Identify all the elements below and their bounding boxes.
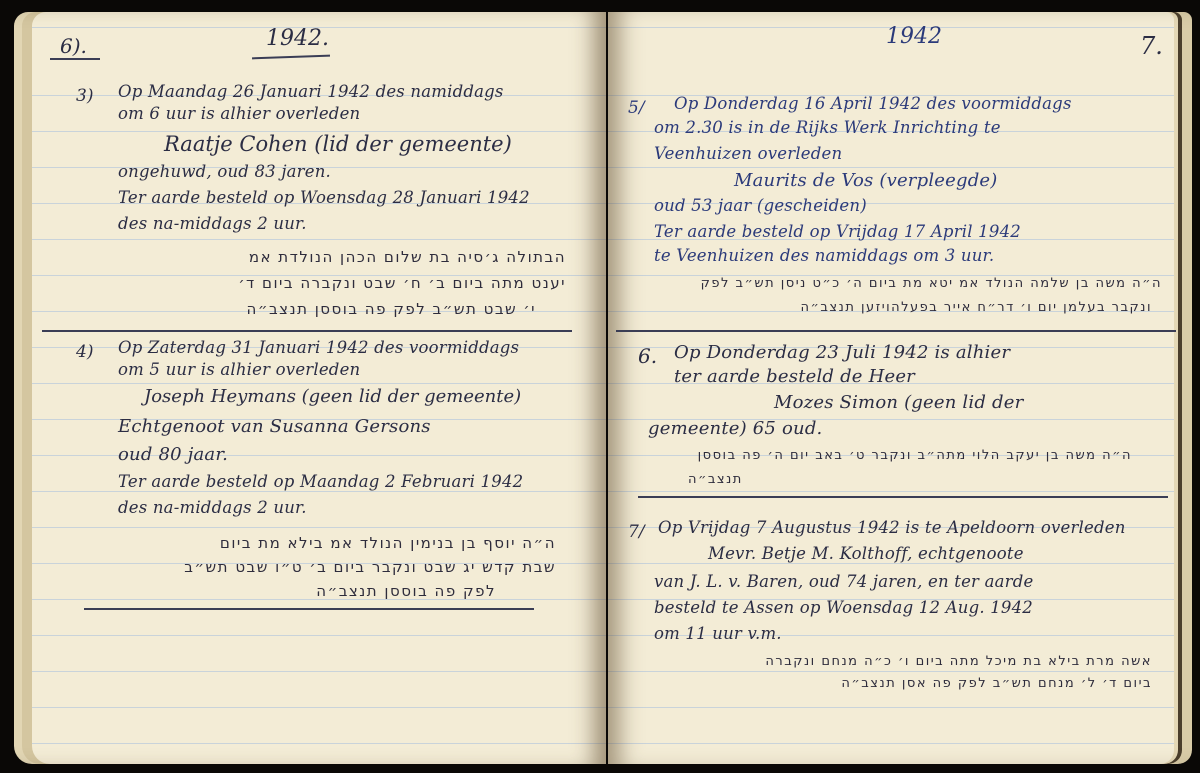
page-number-underline (50, 58, 100, 60)
open-notebook: 6). 1942. 3) Op Maandag 26 Januari 1942 … (14, 12, 1192, 764)
entry-line: om 6 uur is alhier overleden (118, 104, 360, 123)
entry-detail: des na-middags 2 uur. (118, 498, 307, 517)
hebrew-line: ה״ה יוסף בן בנימין הנולד אמ בילא מת ביום (220, 534, 556, 552)
entry-number: 3) (76, 86, 93, 106)
entry-detail: van J. L. v. Baren, oud 74 jaren, en ter… (654, 572, 1033, 591)
entry-number: 6. (638, 344, 657, 368)
entry-line: ter aarde besteld de Heer (674, 366, 915, 387)
deceased-name: Joseph Heymans (geen lid der gemeente) (144, 386, 521, 407)
entry-detail: te Veenhuizen des namiddags om 3 uur. (654, 246, 994, 265)
entry-detail: oud 80 jaar. (118, 444, 228, 465)
entry-line: Op Donderdag 23 Juli 1942 is alhier (674, 342, 1010, 363)
entry-number: 5/ (628, 98, 645, 118)
page-number: 7. (1140, 32, 1163, 60)
deceased-name: Maurits de Vos (verpleegde) (734, 170, 998, 191)
hebrew-line: תנצב״ה (688, 472, 743, 487)
entry-detail: oud 53 jaar (gescheiden) (654, 196, 867, 215)
entry-detail: Ter aarde besteld op Woensdag 28 Januari… (118, 188, 530, 207)
left-page: 6). 1942. 3) Op Maandag 26 Januari 1942 … (14, 12, 606, 764)
hebrew-line: י׳ שבט תש״ב לפק פה בוססן תנצב״ה (247, 300, 536, 318)
entry-detail: des na-middags 2 uur. (118, 214, 307, 233)
entry-detail: om 11 uur v.m. (654, 624, 782, 643)
entry-detail: ongehuwd, oud 83 jaren. (118, 162, 331, 181)
entry-divider (616, 330, 1176, 332)
header-year: 1942. (266, 26, 329, 51)
entry-line: om 5 uur is alhier overleden (118, 360, 360, 379)
deceased-name: Mevr. Betje M. Kolthoff, echtgenoote (708, 544, 1024, 563)
entry-line: Op Maandag 26 Januari 1942 des namiddags (118, 82, 504, 101)
entry-detail: besteld te Assen op Woensdag 12 Aug. 194… (654, 598, 1033, 617)
hebrew-line: אשה מרת בילא בת מיכל מתה ביום ו׳ כ״ה מנח… (765, 654, 1152, 669)
hebrew-line: ביום ד׳ ל׳ מנחם תש״ב לפק פה אסן תנצב״ה (841, 676, 1152, 691)
entry-line: Op Donderdag 16 April 1942 des voormidda… (674, 94, 1072, 113)
entry-line: Op Zaterdag 31 Januari 1942 des voormidd… (118, 338, 519, 357)
entry-line: Op Vrijdag 7 Augustus 1942 is te Apeldoo… (658, 518, 1126, 537)
hebrew-line: ה״ה משה בן שלמה הנולד אמ יטא מת ביום ה׳ … (701, 276, 1162, 291)
entry-detail: Ter aarde besteld op Vrijdag 17 April 19… (654, 222, 1021, 241)
hebrew-line: יענט מתה ביום ב׳ ח׳ שבט ונקברה ביום ד׳ (238, 274, 566, 292)
hebrew-line: שבת קדש יג שבט ונקבר ביום ב׳ ט״ו שבט תש״… (184, 558, 556, 576)
header-year: 1942 (886, 24, 942, 49)
entry-number: 4) (76, 342, 93, 362)
entry-detail: gemeente) 65 oud. (648, 418, 822, 439)
entry-divider (638, 496, 1168, 498)
deceased-name: Mozes Simon (geen lid der (774, 392, 1023, 413)
hebrew-line: ה״ה משה בן יעקב הלוי מתה״ב ונקבר ט׳ באב … (698, 448, 1132, 463)
entry-line: om 2.30 is in de Rijks Werk Inrichting t… (654, 118, 1001, 137)
page-number: 6). (60, 34, 87, 58)
hebrew-line: לפק פה בוססן תנצב״ה (316, 582, 496, 600)
entry-number: 7/ (628, 522, 645, 542)
right-page: 1942 7. 5/ Op Donderdag 16 April 1942 de… (608, 12, 1192, 764)
entry-divider (42, 330, 572, 332)
entry-line: Veenhuizen overleden (654, 144, 842, 163)
deceased-name: Raatje Cohen (lid der gemeente) (164, 132, 512, 156)
hebrew-line: הבתולה ג׳סיה בת שלום הכהן הנולדת אמ (249, 248, 566, 266)
entry-detail: Ter aarde besteld op Maandag 2 Februari … (118, 472, 523, 491)
hebrew-line: ונקבר בעלמן יום ו׳ דר״ח אייר בפעלהויזען … (801, 300, 1152, 315)
entry-detail: Echtgenoot van Susanna Gersons (118, 416, 431, 437)
header-year-underline (252, 55, 330, 59)
entry-divider (84, 608, 534, 610)
